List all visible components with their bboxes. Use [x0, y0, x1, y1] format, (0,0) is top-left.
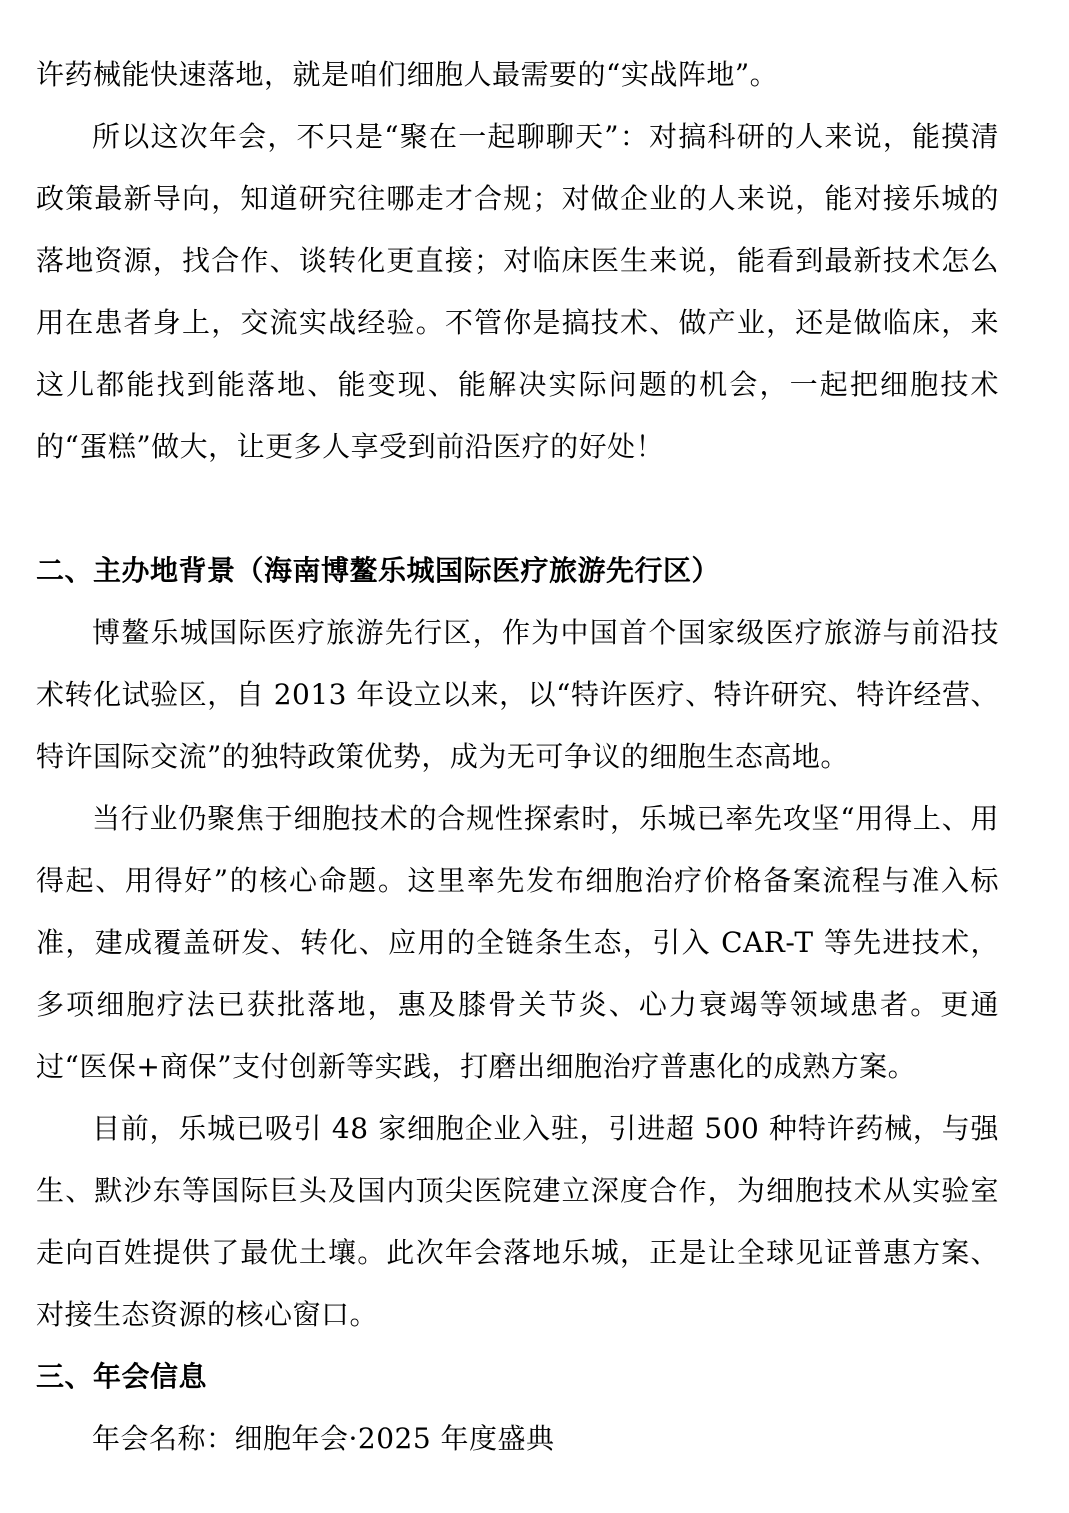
paragraph-lecheng-enterprises: 目前，乐城已吸引 48 家细胞企业入驻，引进超 500 种特许药械，与强生、默沙…	[36, 1098, 999, 1346]
section-heading-conference-info: 三、年会信息	[36, 1346, 999, 1408]
document-body: 许药械能快速落地，就是咱们细胞人最需要的“实战阵地”。 所以这次年会，不只是“聚…	[36, 44, 999, 1470]
paragraph-intro: 所以这次年会，不只是“聚在一起聊聊天”：对搞科研的人来说，能摸清政策最新导向，知…	[36, 106, 999, 478]
document-page: 许药械能快速落地，就是咱们细胞人最需要的“实战阵地”。 所以这次年会，不只是“聚…	[0, 0, 1069, 1513]
section-heading-host-background: 二、主办地背景（海南博鳌乐城国际医疗旅游先行区）	[36, 540, 999, 602]
paragraph-lecheng-achievements: 当行业仍聚焦于细胞技术的合规性探索时，乐城已率先攻坚“用得上、用得起、用得好”的…	[36, 788, 999, 1098]
conference-name-line: 年会名称：细胞年会·2025 年度盛典	[36, 1408, 999, 1470]
paragraph-continuation: 许药械能快速落地，就是咱们细胞人最需要的“实战阵地”。	[36, 44, 999, 106]
paragraph-lecheng-overview: 博鳌乐城国际医疗旅游先行区，作为中国首个国家级医疗旅游与前沿技术转化试验区，自 …	[36, 602, 999, 788]
